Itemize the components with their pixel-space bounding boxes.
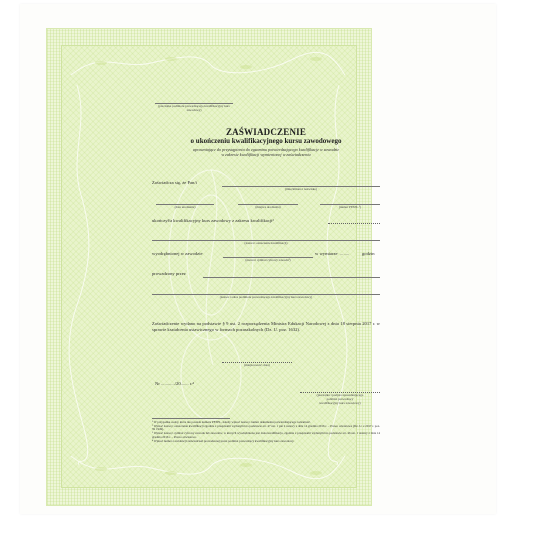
birth-place-caption: (miejsce urodzenia)	[238, 206, 298, 210]
signature-caption-3: kwalifikacyjny kurs zawodowy)	[300, 402, 380, 406]
completed-label: ukończył/a kwalifikacyjny kurs zawodowy …	[152, 218, 274, 223]
qualification-caption: (nazwa i oznaczenie kwalifikacji)	[152, 242, 380, 246]
hours-field[interactable]: ........	[340, 251, 349, 256]
purpose-line-2: w zakresie kwalifikacji wymienionej w za…	[150, 152, 382, 157]
document-subtitle: o ukończeniu kwalifikacyjnego kursu zawo…	[150, 137, 382, 145]
certificate-number[interactable]: Nr ............/20....... r.⁴	[155, 381, 194, 386]
qualification-field-start[interactable]	[328, 223, 380, 224]
conducted-by-field[interactable]	[203, 277, 380, 278]
footnote-4: ⁴ Wpisać numer z ewidencji zaświadczeń p…	[152, 440, 380, 444]
footnotes: ¹ W przypadku osoby, która nie posiada n…	[152, 421, 380, 443]
issuer-seal-caption: (pieczątka podmiotu prowadzącego kwalifi…	[155, 105, 233, 112]
profession-label: wyodrębnionej w zawodzie	[152, 251, 203, 256]
conducted-by-label: prowadzony przez	[152, 271, 186, 276]
document-title: ZAŚWIADCZENIE	[150, 127, 382, 137]
conducted-by-caption: (nazwa i adres podmiotu prowadzącego kwa…	[152, 296, 380, 300]
hours-label: w wymiarze	[315, 251, 338, 256]
birth-date-caption: (data urodzenia)	[156, 206, 214, 210]
pesel-caption: (numer PESEL ¹)	[320, 206, 380, 210]
profession-caption: (nazwa i symbol cyfrowy zawodu³)	[223, 259, 313, 263]
hours-unit: godzin	[362, 251, 375, 256]
name-caption: (imię/imiona i nazwisko)	[222, 188, 380, 192]
footnote-separator	[152, 418, 230, 419]
place-date-caption: (miejscowość, data)	[222, 364, 292, 368]
legal-basis-paragraph: Zaświadczenie wydano na podstawie § 9 us…	[152, 321, 380, 332]
certifies-label: Zaświadcza się, że Pan/i	[152, 180, 197, 185]
